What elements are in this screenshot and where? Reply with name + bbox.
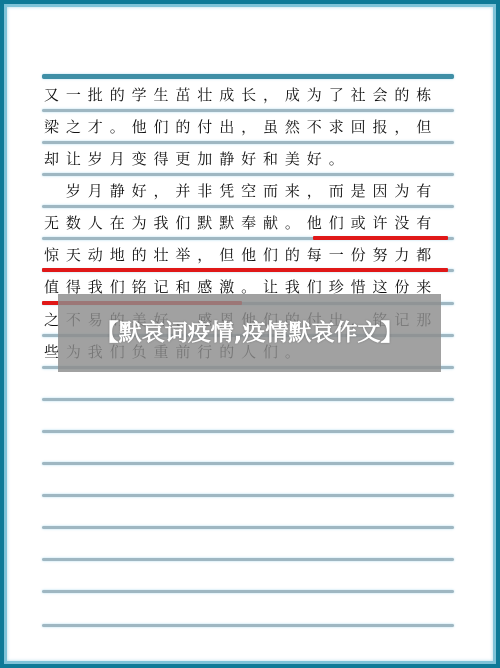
rule-line [42,205,454,208]
rule-line [42,624,454,627]
rule-line [42,526,454,529]
rule-line [42,494,454,497]
rule-line [42,173,454,176]
document-line: 却让岁月变得更加静好和美好。 [44,146,454,172]
document-line: 岁月静好，并非凭空而来，而是因为有 [44,178,454,204]
rule-line [42,462,454,465]
document-line: 惊天动地的壮举，但他们的每一份努力都 [44,242,454,268]
highlight-underline [42,268,448,272]
title-overlay: 【默哀词疫情,疫情默哀作文】 [58,294,441,372]
document-line: 又一批的学生茁壮成长，成为了社会的栋 [44,82,454,108]
rule-line [42,109,454,112]
rule-line [42,590,454,593]
document-line: 梁之才。他们的付出，虽然不求回报，但 [44,114,454,140]
overlay-title: 【默哀词疫情,疫情默哀作文】 [80,318,420,348]
rule-line [42,398,454,401]
rule-line [42,141,454,144]
rule-line [42,558,454,561]
rule-line [42,430,454,433]
highlight-underline [313,236,448,240]
rule-line-top [42,74,454,79]
document-line: 无数人在为我们默默奉献。他们或许没有 [44,210,454,236]
